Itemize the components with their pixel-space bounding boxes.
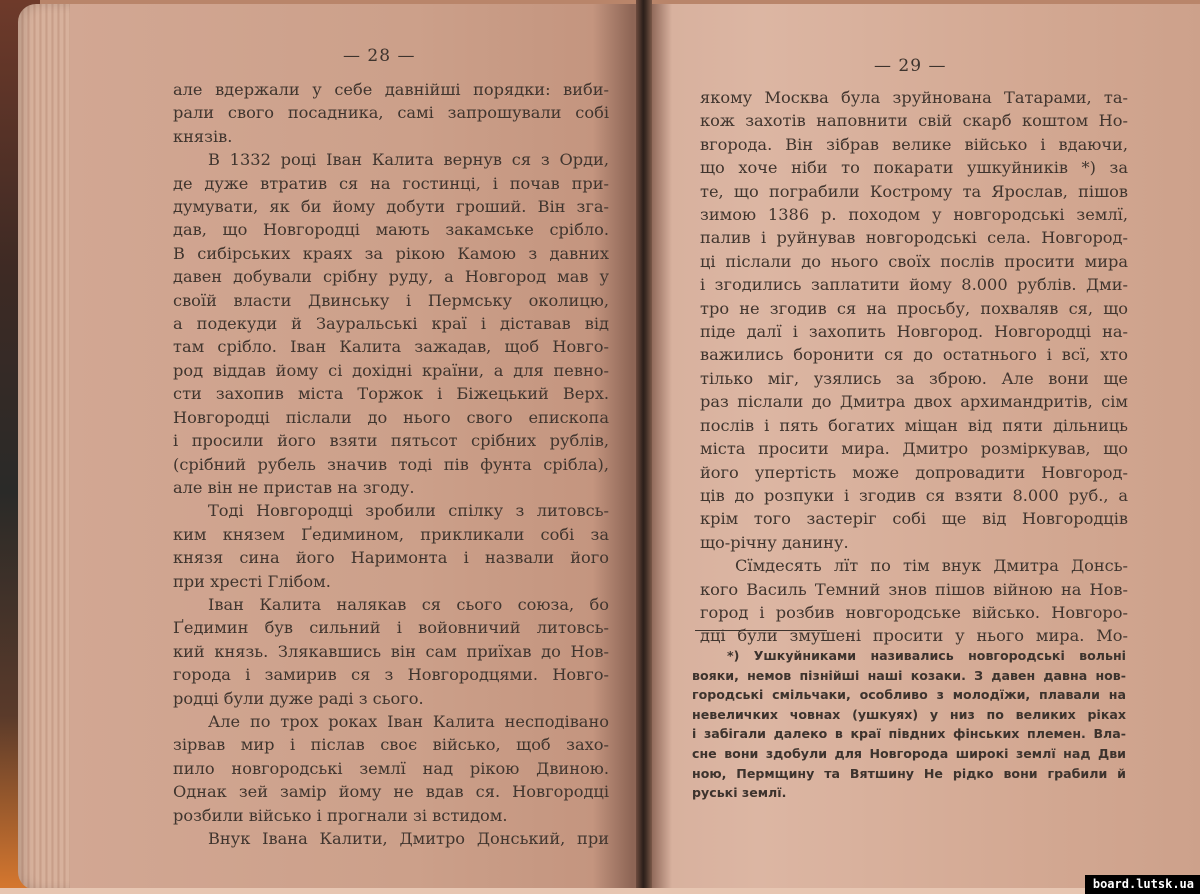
text-line: де дуже втратив ся на гостинці, і почав … [173,172,609,195]
text-line: його упертість може допровадити Новгород… [700,461,1128,484]
text-line: що-річну данину. [700,531,1128,554]
text-line: там срібло. Іван Калита зажадав, щоб Нов… [173,335,609,358]
text-line: піде далї і захопить Новгород. Новгородц… [700,320,1128,343]
text-line: кий князь. Злякавшись він сам приїхав до… [173,640,609,663]
text-line: палив і руйнував новгородські села. Новг… [700,226,1128,249]
text-line: при хресті Глібом. [173,570,609,593]
text-line: але він не пристав на згоду. [173,476,609,499]
text-line: і просили його взяти пятьсот срібних руб… [173,429,609,452]
footnote-divider [695,630,827,631]
text-line: родці були дуже раді з сього. [173,687,609,710]
text-line: Новгородці післали до нього свого еписко… [173,406,609,429]
text-line: і згодились заплатити йому 8.000 рублів.… [700,273,1128,296]
left-page-text: але вдержали у себе давнійші порядки: ви… [173,78,609,850]
text-line: кого Василь Темний знов пішов війною на … [700,578,1128,601]
text-line: ким князем Ґедимином, прикликали собі за [173,523,609,546]
book-page-edges [18,4,78,890]
text-line: Однак зей замір йому не вдав ся. Новгоро… [173,780,609,803]
text-line: невеличких човнах (ушкуях) у низ по вели… [692,705,1126,725]
book-gutter [636,0,652,894]
text-line: Іван Калита налякав ся сього союза, бо [173,593,609,616]
text-line: тро не згодив ся на просьбу, похваляв ся… [700,297,1128,320]
text-line: раз післали до Дмитра двох архимандритів… [700,390,1128,413]
text-line: якому Москва була зруйнована Татарами, т… [700,86,1128,109]
text-line: *) Ушкуйниками називались новгородські в… [692,646,1126,666]
right-page-text: якому Москва була зруйнована Татарами, т… [700,86,1128,648]
text-line: розбили військо і прогнали зі встидом. [173,804,609,827]
text-line: ці післали до нього своїх послів просити… [700,250,1128,273]
footnote: *) Ушкуйниками називались новгородські в… [692,646,1126,803]
text-line: давен добували срібну руду, а Новгород м… [173,265,609,288]
text-line: пило новгородські землї над рікою Двиною… [173,757,609,780]
text-line: города і замирив ся з Новгородцями. Новг… [173,663,609,686]
text-line: тілько міг, узялись за зброю. Але вони щ… [700,367,1128,390]
text-line: і забігали далеко в краї півдних фінськи… [692,724,1126,744]
text-line: міста просити мира. Дмитро розміркував, … [700,437,1128,460]
text-line: ців до розпуки і згодив ся взяти 8.000 р… [700,484,1128,507]
text-line: рали свого посадника, самі запрошували с… [173,101,609,124]
text-line: важились боронити ся до остатнього і всї… [700,343,1128,366]
text-line: руські землї. [692,783,1126,803]
watermark: board.lutsk.ua [1085,875,1200,894]
text-line: зимою 1386 р. походом у новгородські зем… [700,203,1128,226]
text-line: Але по трох роках Іван Калита несподіван… [173,710,609,733]
text-line: дав, що Новгородці мають закамське срібл… [173,218,609,241]
text-line: князя сина його Наримонта і назвали його [173,546,609,569]
text-line: Внук Івана Калити, Дмитро Донський, при [173,827,609,850]
text-line: думувати, як би йому добути гроший. Він … [173,195,609,218]
text-line: город і розбив новгородське військо. Нов… [700,601,1128,624]
text-line: але вдержали у себе давнійші порядки: ви… [173,78,609,101]
text-line: крім того застеріг собі ще від Новгородц… [700,507,1128,530]
text-line: кож захотів наповнити свій скарб коштом … [700,109,1128,132]
text-line: князів. [173,125,609,148]
text-line: своїй власти Двинську і Пермську околицю… [173,289,609,312]
text-line: сти захопив міста Торжок і Біжецький Вер… [173,382,609,405]
text-line: В 1332 році Іван Калита вернув ся з Орди… [173,148,609,171]
text-line: ною, Пермщину та Вятшину Не рідко вони г… [692,764,1126,784]
text-line: послів і пять богатих міщан від пяти діл… [700,414,1128,437]
text-line: зірвав мир і післав своє військо, щоб за… [173,733,609,756]
right-page-number: — 29 — [874,56,946,76]
text-line: те, що пограбили Кострому та Ярослав, пі… [700,180,1128,203]
text-line: Сїмдесять лїт по тім внук Дмитра Донсь- [700,554,1128,577]
text-line: (срібний рубель значив тоді пів фунта ср… [173,453,609,476]
text-line: дці були змушені просити у нього мира. М… [700,624,1128,647]
left-page-number: — 28 — [343,46,415,66]
text-line: городські смільчаки, особливо з молодїжи… [692,685,1126,705]
text-line: що хоче ніби то покарати ушкуйників *) з… [700,156,1128,179]
text-line: род віддав йому сі дохідні країни, а для… [173,359,609,382]
text-line: а подекуди й Зауральські краї і діставав… [173,312,609,335]
bottom-edge [0,888,1200,894]
text-line: вояки, немов пізнійші наші козаки. З дав… [692,666,1126,686]
text-line: В сибірських краях за рікою Камою з давн… [173,242,609,265]
text-line: Ґедимин був сильний і войовничий литовсь… [173,616,609,639]
text-line: вгорода. Він зібрав велике військо і вда… [700,133,1128,156]
text-line: сне вони здобули для Новгорода широкі зе… [692,744,1126,764]
text-line: Тоді Новгородці зробили спілку з литовсь… [173,499,609,522]
